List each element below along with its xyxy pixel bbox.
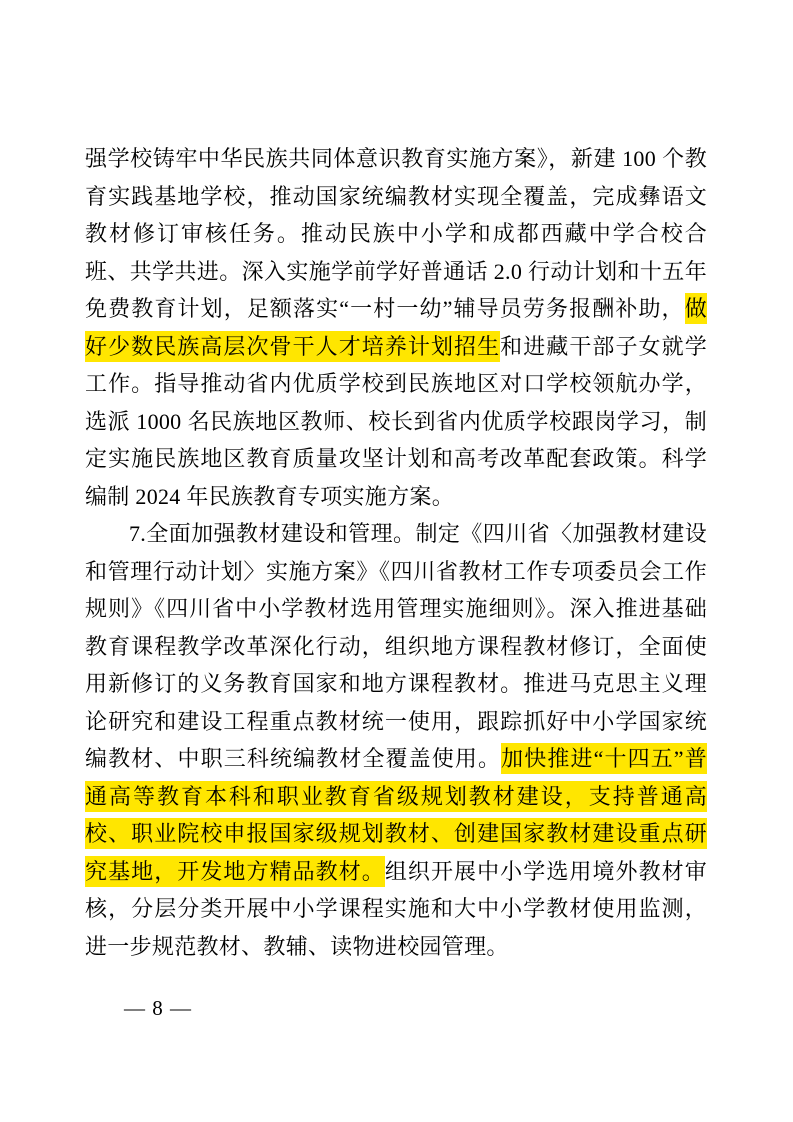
paragraph: 7.全面加强教材建设和管理。制定《四川省〈加强教材建设和管理行动计划〉实施方案》… <box>85 515 707 965</box>
paragraph: 强学校铸牢中华民族共同体意识教育实施方案》，新建 100 个教育实践基地学校，推… <box>85 140 707 515</box>
document-body: 强学校铸牢中华民族共同体意识教育实施方案》，新建 100 个教育实践基地学校，推… <box>85 140 707 965</box>
text-segment: 强学校铸牢中华民族共同体意识教育实施方案》，新建 100 个教育实践基地学校，推… <box>85 146 707 321</box>
document-page: 强学校铸牢中华民族共同体意识教育实施方案》，新建 100 个教育实践基地学校，推… <box>0 0 793 1122</box>
text-segment: 7.全面加强教材建设和管理。制定《四川省〈加强教材建设和管理行动计划〉实施方案》… <box>85 521 707 771</box>
page-number: — 8 — <box>124 994 192 1022</box>
